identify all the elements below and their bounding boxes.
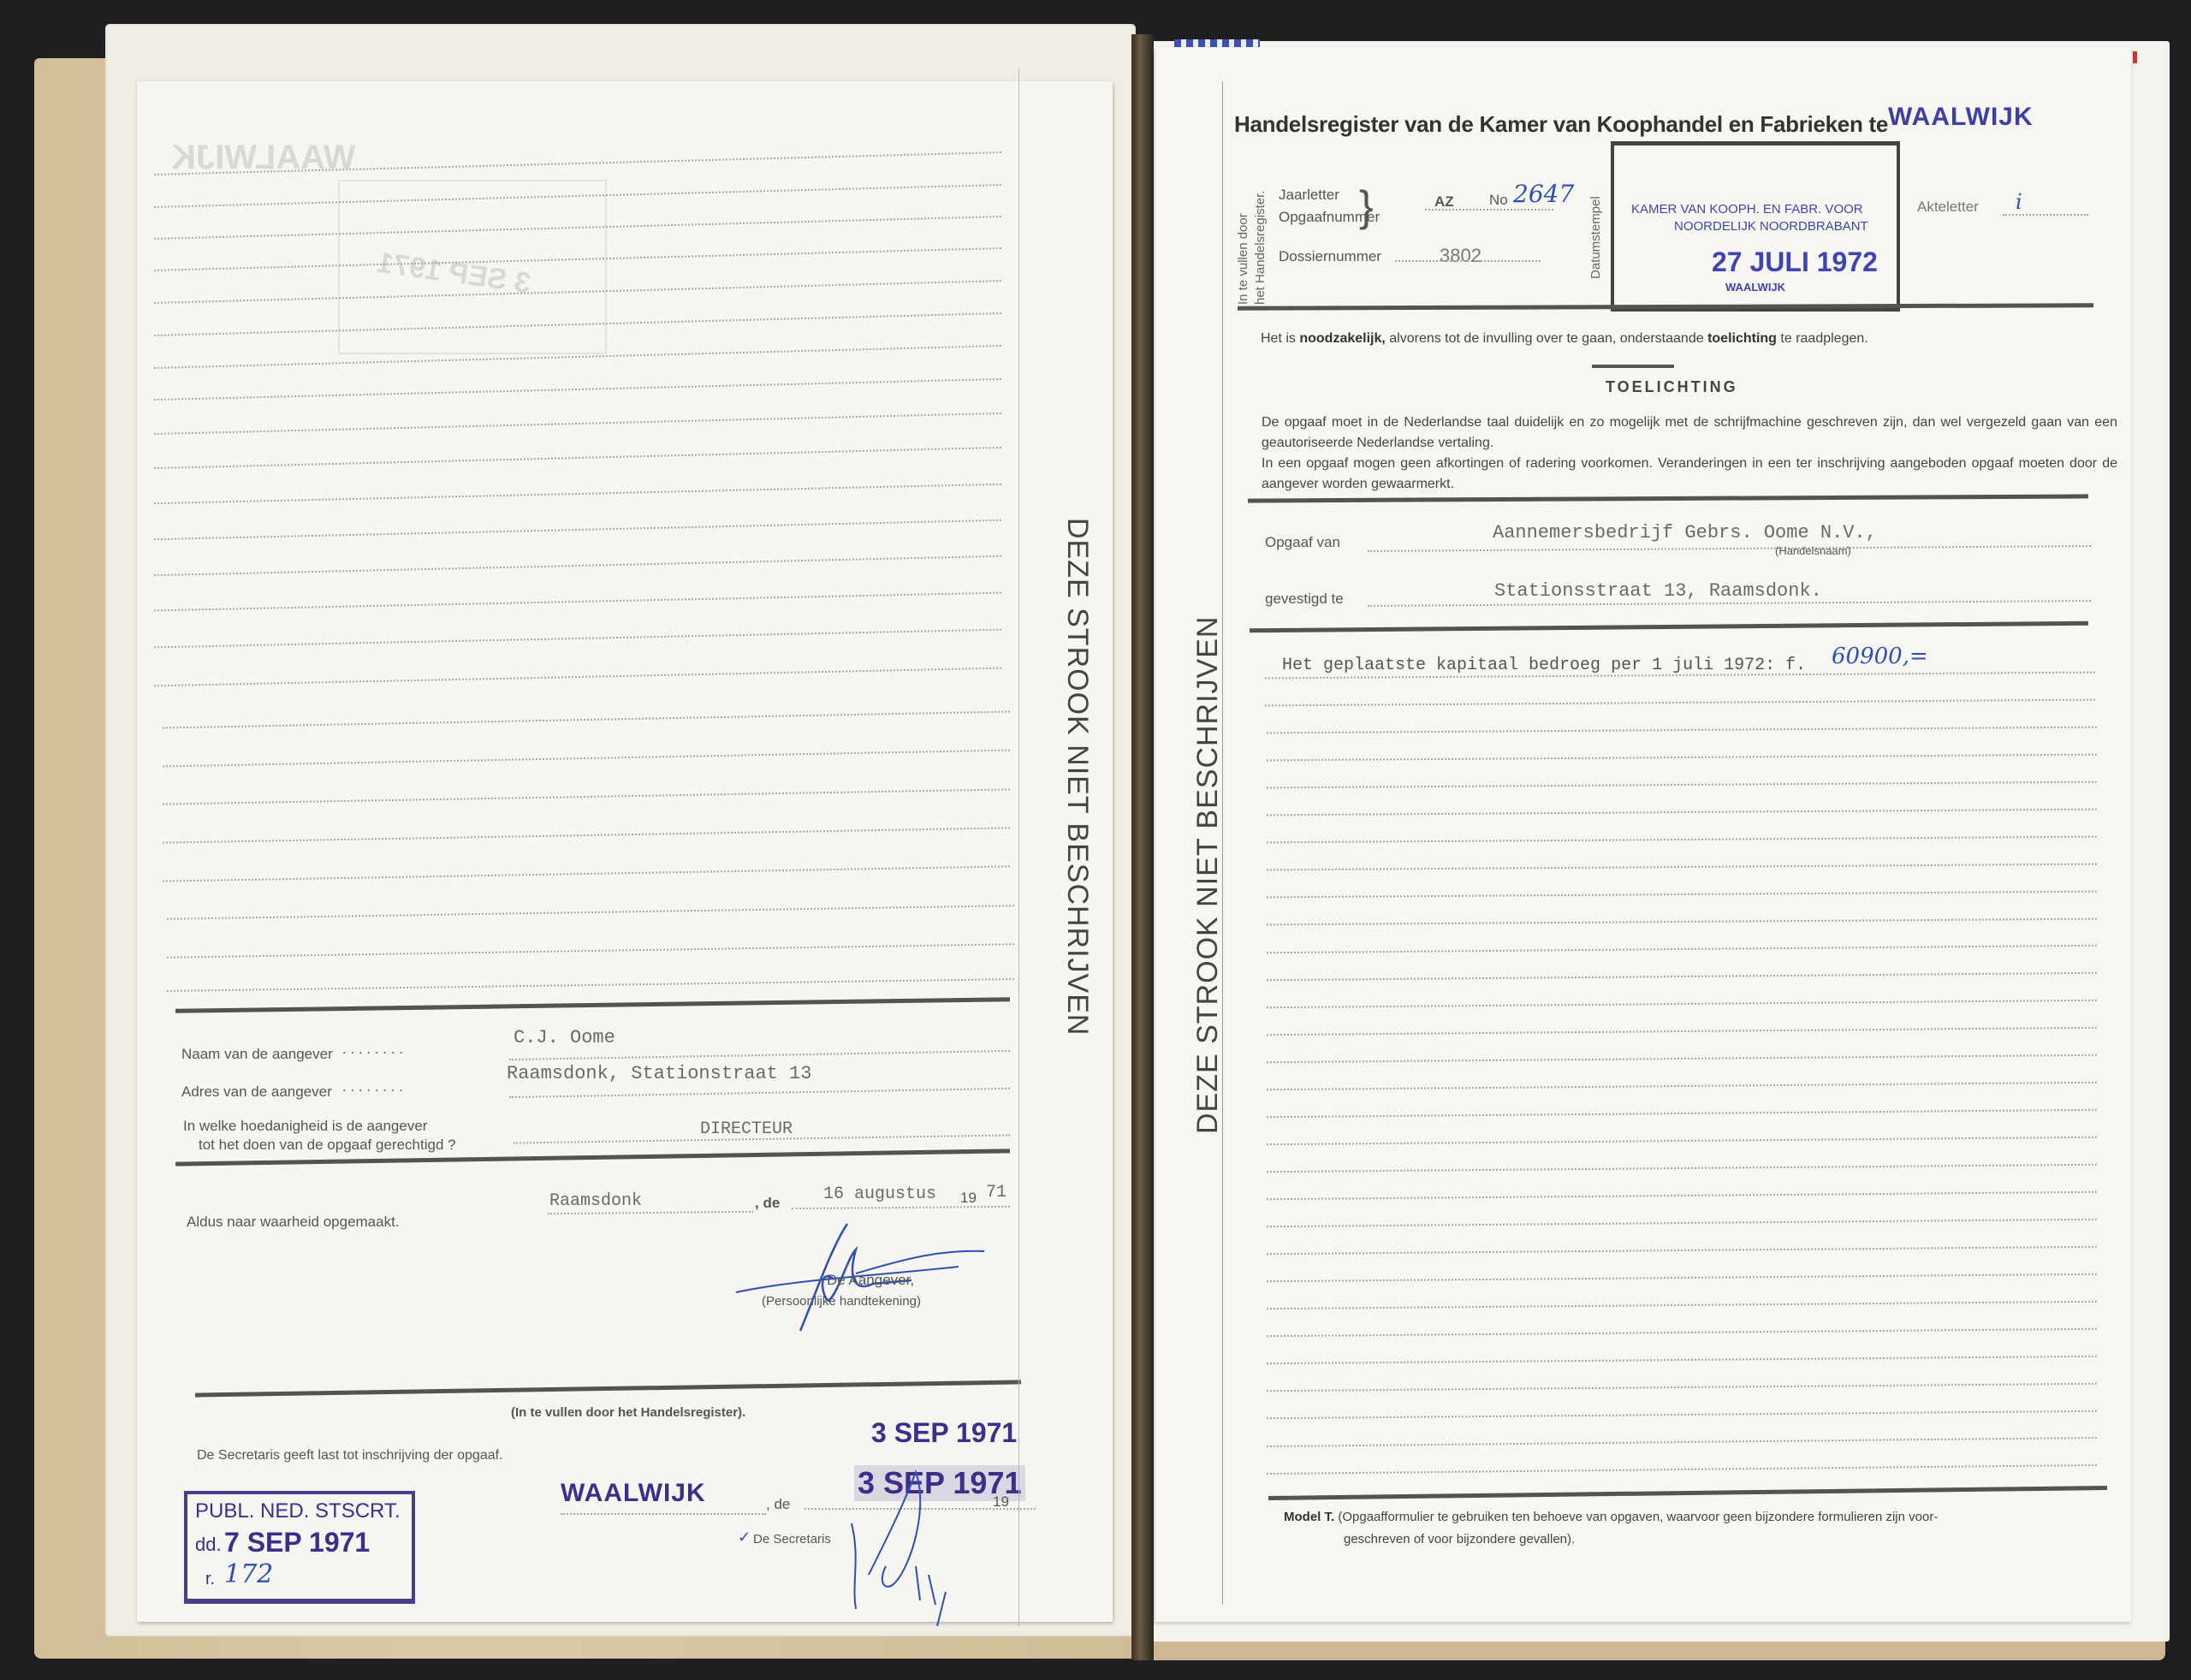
hoedanigheid-value[interactable]: DIRECTEUR <box>700 1119 793 1139</box>
left-strip-text: DEZE STROOK NIET BESCHRIJVEN <box>1060 518 1094 1036</box>
left-strip-border <box>1018 68 1019 1626</box>
opgaafnummer-line <box>1425 209 1553 211</box>
binder-spine <box>1131 34 1154 1660</box>
right-strip-text: DEZE STROOK NIET BESCHRIJVEN <box>1191 616 1225 1134</box>
opgaafnummer-value: 2647 <box>1513 180 1574 208</box>
secretaris-signature <box>834 1455 971 1626</box>
register-year-prefix: 19 <box>993 1493 1009 1511</box>
hoedanigheid-label-2: tot het doen van de opgaaf gerechtigd ? <box>199 1137 456 1154</box>
jaarletter-label: Jaarletter <box>1279 187 1339 204</box>
attestation-place[interactable]: Raamsdonk <box>549 1191 642 1211</box>
form-title: Handelsregister van de Kamer van Koophan… <box>1234 110 2034 139</box>
naam-aangever-leader: . . . . . . . . <box>342 1041 403 1058</box>
date-stamp-line1: KAMER VAN KOOPH. EN FABR. VOOR <box>1631 202 1863 217</box>
date-stamp-line2: NOORDELIJK NOORDBRABANT <box>1674 219 1868 234</box>
model-label: Model T. <box>1284 1510 1334 1524</box>
attestation-label: Aldus naar waarheid opgemaakt. <box>187 1214 400 1231</box>
date-stamp-city: WAALWIJK <box>1725 281 1785 294</box>
no-label: No <box>1489 192 1508 209</box>
secretaris-label: De Secretaris <box>753 1532 831 1546</box>
city-stamp-waalwijk: WAALWIJK <box>561 1479 706 1508</box>
akteletter-label: Akteletter <box>1917 199 1979 216</box>
notice-bold-1: noodzakelijk, <box>1299 331 1385 346</box>
datumstempel-label: Datumstempel <box>1588 196 1603 279</box>
pub-stamp-r: r. <box>205 1570 215 1589</box>
notice-text: Het is noodzakelijk, alvorens tot de inv… <box>1261 329 2117 349</box>
pub-stamp-line1: PUBL. NED. STSCRT. <box>195 1499 401 1523</box>
adres-aangever-label: Adres van de aangever <box>181 1083 332 1101</box>
city-line <box>561 1513 766 1515</box>
toelichting-heading: TOELICHTING <box>1606 378 1738 396</box>
handelsnaam-label: (Handelsnaam) <box>1775 544 1851 557</box>
date-stamp-1: 3 SEP 1971 <box>871 1417 1017 1449</box>
toelichting-rule <box>1592 365 1674 368</box>
notice-post: te raadplegen. <box>1777 331 1868 346</box>
register-heading: (In te vullen door het Handelsregister). <box>511 1405 745 1420</box>
date-stamp-date: 27 JULI 1972 <box>1712 246 1878 278</box>
red-tab-marker <box>2133 51 2137 63</box>
toelichting-para-2: In een opgaaf mogen geen afkortingen of … <box>1262 454 2117 495</box>
pub-stamp-r-value: 172 <box>224 1559 273 1589</box>
side-label-2: het Handelsregister. <box>1253 191 1268 305</box>
pub-stamp-date: 7 SEP 1971 <box>224 1527 370 1558</box>
dossiernummer-line <box>1395 260 1541 262</box>
naam-aangever-value[interactable]: C.J. Oome <box>514 1027 615 1048</box>
register-de-label: , de <box>766 1496 790 1513</box>
opgaaf-van-value[interactable]: Aannemersbedrijf Gebrs. Oome N.V., <box>1493 522 1877 543</box>
secretaris-instruction: De Secretaris geeft last tot inschrijvin… <box>197 1448 503 1463</box>
notice-bold-2: toelichting <box>1707 331 1777 346</box>
dossiernummer-value: 3802 <box>1440 245 1481 267</box>
brace-icon: } <box>1359 181 1374 231</box>
gevestigd-te-value[interactable]: Stationsstraat 13, Raamsdonk. <box>1494 580 1822 602</box>
kapitaal-text[interactable]: Het geplaatste kapitaal bedroeg per 1 ju… <box>1282 656 1806 675</box>
footer-line-2: geschreven of voor bijzondere gevallen). <box>1284 1532 1575 1546</box>
side-label-1: In te vullen door <box>1236 213 1250 305</box>
jaarletter-value: AZ <box>1434 193 1454 211</box>
footer-text: Model T. (Opgaafformulier te gebruiken t… <box>1284 1506 2105 1551</box>
footer-line-1: (Opgaafformulier te gebruiken ten behoev… <box>1338 1510 1938 1524</box>
notice-mid: alvorens tot de invulling over te gaan, … <box>1386 331 1707 346</box>
pub-stamp-dd: dd. <box>195 1534 222 1556</box>
gevestigd-te-label: gevestigd te <box>1265 591 1344 608</box>
form-title-text: Handelsregister van de Kamer van Koophan… <box>1234 111 1888 137</box>
dossiernummer-label: Dossiernummer <box>1279 248 1381 265</box>
signature-caption-2: (Persoonlijke handtekening) <box>762 1294 921 1309</box>
adres-aangever-value[interactable]: Raamsdonk, Stationstraat 13 <box>507 1063 811 1084</box>
form-title-city: WAALWIJK <box>1888 103 2034 131</box>
opgaaf-van-label: Opgaaf van <box>1265 534 1340 551</box>
aangever-signature <box>727 1198 1001 1335</box>
naam-aangever-label: Naam van de aangever <box>181 1046 333 1063</box>
toelichting-para-1: De opgaaf moet in de Nederlandse taal du… <box>1262 413 2117 454</box>
akteletter-value: i <box>2016 190 2022 214</box>
adres-aangever-leader: . . . . . . . . <box>342 1078 403 1095</box>
notice-pre: Het is <box>1261 331 1299 346</box>
hoedanigheid-label-1: In welke hoedanigheid is de aangever <box>183 1118 427 1135</box>
akteletter-line <box>2003 214 2088 216</box>
signature-caption-1: De Aangever, <box>827 1272 914 1289</box>
kapitaal-amount: 60900,= <box>1832 644 1928 669</box>
check-mark-icon: ✓ <box>738 1529 751 1546</box>
